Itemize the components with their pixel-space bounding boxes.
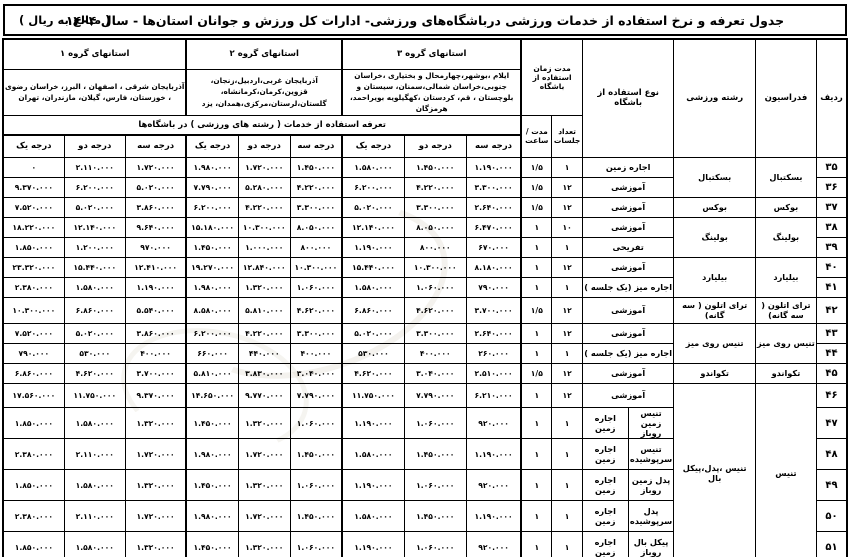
cell-sport: بوکس — [674, 197, 755, 217]
cell-row-no: ۴۲ — [816, 297, 847, 323]
cell-price-group3-degree-3: ۲.۵۱۰.۰۰۰ — [466, 363, 521, 383]
cell-price-group3-degree-2: ۷.۷۹۰.۰۰۰ — [404, 383, 466, 407]
cell-sessions: ۱۰ — [552, 217, 583, 237]
cell-price-group3-degree-2: ۴.۶۲۰.۰۰۰ — [404, 297, 466, 323]
cell-price-group3-degree-1: ۶.۲۰۰.۰۰۰ — [342, 177, 404, 197]
cell-price-group3-degree-2: ۱.۴۵۰.۰۰۰ — [404, 439, 466, 470]
cell-price-group1-degree-1: ۱۸.۲۲۰.۰۰۰ — [3, 217, 64, 237]
group1-degree-1: درجه یک — [3, 135, 64, 157]
cell-sport: بولینگ — [674, 217, 755, 257]
cell-hours: ۱/۵ — [521, 157, 552, 177]
cell-price-group1-degree-2: ۱۱.۷۵۰.۰۰۰ — [64, 383, 125, 407]
cell-price-group1-degree-1: ۱.۸۵۰.۰۰۰ — [3, 407, 64, 439]
cell-price-group1-degree-3: ۱.۷۲۰.۰۰۰ — [125, 157, 186, 177]
col-header-use-type: نوع استفاده از باشگاه — [582, 39, 674, 157]
cell-use-type: آموزشی — [582, 363, 674, 383]
cell-facility: پیکل بال روباز — [628, 532, 674, 557]
cell-sessions: ۱۲ — [552, 177, 583, 197]
group2-degree-3: درجه سه — [290, 135, 342, 157]
cell-price-group1-degree-1: ۱.۸۵۰.۰۰۰ — [3, 470, 64, 501]
cell-price-group2-degree-1: ۱.۴۵۰.۰۰۰ — [186, 407, 238, 439]
cell-hours: ۱/۵ — [521, 177, 552, 197]
cell-price-group3-degree-3: ۳.۷۰۰.۰۰۰ — [466, 297, 521, 323]
cell-federation: ترای اتلون ( سه گانه) — [755, 297, 816, 323]
cell-row-no: ۴۶ — [816, 383, 847, 407]
cell-price-group3-degree-1: ۱.۱۹۰.۰۰۰ — [342, 470, 404, 501]
cell-row-no: ۳۷ — [816, 197, 847, 217]
cell-use-type: اجاره زمین — [582, 470, 628, 501]
cell-price-group3-degree-2: ۴.۲۲۰.۰۰۰ — [404, 177, 466, 197]
cell-price-group1-degree-2: ۵۳۰.۰۰۰ — [64, 343, 125, 363]
cell-price-group3-degree-3: ۷۹۰.۰۰۰ — [466, 277, 521, 297]
cell-row-no: ۴۷ — [816, 407, 847, 439]
cell-price-group2-degree-1: ۱.۹۸۰.۰۰۰ — [186, 277, 238, 297]
col-header-duration: مدت زمان استفاده از باشگاه — [521, 39, 582, 115]
cell-row-no: ۳۵ — [816, 157, 847, 177]
group3-degree-3: درجه سه — [466, 135, 521, 157]
cell-row-no: ۳۶ — [816, 177, 847, 197]
cell-row-no: ۳۹ — [816, 237, 847, 257]
cell-price-group1-degree-2: ۲.۱۱۰.۰۰۰ — [64, 439, 125, 470]
cell-federation: بوکس — [755, 197, 816, 217]
document-title: جدول تعرفه و نرخ استفاده از خدمات ورزشی … — [66, 13, 784, 28]
cell-hours: ۱ — [521, 237, 552, 257]
cell-hours: ۱ — [521, 407, 552, 439]
cell-hours: ۱ — [521, 383, 552, 407]
cell-price-group1-degree-2: ۱.۵۸۰.۰۰۰ — [64, 407, 125, 439]
cell-price-group1-degree-1: ۱۷.۵۶۰.۰۰۰ — [3, 383, 64, 407]
cell-price-group3-degree-1: ۵۳۰.۰۰۰ — [342, 343, 404, 363]
cell-price-group1-degree-3: ۳.۸۶۰.۰۰۰ — [125, 323, 186, 343]
cell-price-group2-degree-2: ۱.۳۲۰.۰۰۰ — [238, 470, 290, 501]
cell-sessions: ۱۲ — [552, 383, 583, 407]
cell-price-group2-degree-2: ۱.۳۲۰.۰۰۰ — [238, 407, 290, 439]
cell-facility: پدل سرپوشیده — [628, 501, 674, 532]
table-row: ۴۲ترای اتلون ( سه گانه)ترای اتلون ( سه گ… — [3, 297, 847, 323]
table-row: ۴۵تکواندوتکواندوآموزشی۱۲۱/۵۲.۵۱۰.۰۰۰۳.۰۴… — [3, 363, 847, 383]
cell-price-group3-degree-3: ۲۶۰.۰۰۰ — [466, 343, 521, 363]
document-page: جدول تعرفه و نرخ استفاده از خدمات ورزشی … — [0, 0, 850, 557]
cell-price-group3-degree-3: ۶۷۰.۰۰۰ — [466, 237, 521, 257]
cell-price-group2-degree-2: ۵.۸۱۰.۰۰۰ — [238, 297, 290, 323]
cell-price-group1-degree-1: ۲.۳۸۰.۰۰۰ — [3, 501, 64, 532]
cell-price-group3-degree-3: ۶.۲۱۰.۰۰۰ — [466, 383, 521, 407]
cell-price-group1-degree-1: ۰ — [3, 157, 64, 177]
cell-price-group3-degree-3: ۳.۳۰۰.۰۰۰ — [466, 177, 521, 197]
tariff-banner: تعرفه استفاده از خدمات ( رشته های ورزشی … — [3, 115, 521, 135]
cell-row-no: ۴۵ — [816, 363, 847, 383]
cell-row-no: ۴۴ — [816, 343, 847, 363]
cell-price-group1-degree-2: ۱.۲۰۰.۰۰۰ — [64, 237, 125, 257]
cell-sessions: ۱ — [552, 237, 583, 257]
cell-price-group1-degree-2: ۵.۰۲۰.۰۰۰ — [64, 197, 125, 217]
cell-price-group3-degree-1: ۱.۱۹۰.۰۰۰ — [342, 407, 404, 439]
cell-price-group1-degree-3: ۵.۰۲۰.۰۰۰ — [125, 177, 186, 197]
cell-row-no: ۵۰ — [816, 501, 847, 532]
cell-price-group1-degree-2: ۱.۵۸۰.۰۰۰ — [64, 532, 125, 557]
cell-price-group2-degree-2: ۱.۳۲۰.۰۰۰ — [238, 277, 290, 297]
cell-price-group2-degree-3: ۴.۶۲۰.۰۰۰ — [290, 297, 342, 323]
cell-price-group1-degree-3: ۱.۱۹۰.۰۰۰ — [125, 277, 186, 297]
cell-price-group2-degree-3: ۱.۴۵۰.۰۰۰ — [290, 439, 342, 470]
group3-degree-1: درجه یک — [342, 135, 404, 157]
cell-price-group2-degree-1: ۱.۹۸۰.۰۰۰ — [186, 439, 238, 470]
group2-title: استانهای گروه ۲ — [186, 39, 342, 69]
cell-use-type: اجاره زمین — [582, 157, 674, 177]
cell-price-group2-degree-2: ۱۰.۳۰۰.۰۰۰ — [238, 217, 290, 237]
cell-price-group3-degree-1: ۱.۱۹۰.۰۰۰ — [342, 237, 404, 257]
cell-price-group1-degree-1: ۲۳.۳۲۰.۰۰۰ — [3, 257, 64, 277]
cell-price-group1-degree-3: ۱.۷۲۰.۰۰۰ — [125, 501, 186, 532]
cell-price-group2-degree-3: ۱.۰۶۰.۰۰۰ — [290, 407, 342, 439]
cell-price-group2-degree-1: ۱۹.۲۷۰.۰۰۰ — [186, 257, 238, 277]
cell-hours: ۱/۵ — [521, 297, 552, 323]
cell-price-group2-degree-3: ۸۰۰.۰۰۰ — [290, 237, 342, 257]
cell-price-group2-degree-3: ۷.۷۹۰.۰۰۰ — [290, 383, 342, 407]
cell-price-group2-degree-3: ۳.۳۰۰.۰۰۰ — [290, 197, 342, 217]
cell-federation: بولینگ — [755, 217, 816, 257]
group2-provinces: آذربایجان غربی،اردبیل،زنجان، قزوین،کرمان… — [186, 69, 342, 115]
cell-sport: تکواندو — [674, 363, 755, 383]
cell-sessions: ۱ — [552, 407, 583, 439]
cell-price-group1-degree-2: ۱۲.۱۴۰.۰۰۰ — [64, 217, 125, 237]
cell-price-group3-degree-2: ۱.۰۶۰.۰۰۰ — [404, 407, 466, 439]
cell-price-group1-degree-1: ۷.۵۲۰.۰۰۰ — [3, 323, 64, 343]
cell-sessions: ۱ — [552, 157, 583, 177]
cell-price-group2-degree-2: ۹.۷۷۰.۰۰۰ — [238, 383, 290, 407]
cell-hours: ۱ — [521, 470, 552, 501]
cell-use-type: اجاره زمین — [582, 501, 628, 532]
cell-price-group1-degree-2: ۶.۲۰۰.۰۰۰ — [64, 177, 125, 197]
cell-price-group2-degree-1: ۱.۴۵۰.۰۰۰ — [186, 532, 238, 557]
cell-price-group2-degree-3: ۱.۰۶۰.۰۰۰ — [290, 277, 342, 297]
cell-price-group3-degree-3: ۱.۱۹۰.۰۰۰ — [466, 439, 521, 470]
table-row: ۳۵بسکتبالبسکتبالاجاره زمین۱۱/۵۱.۱۹۰.۰۰۰۱… — [3, 157, 847, 177]
cell-price-group2-degree-3: ۱.۴۵۰.۰۰۰ — [290, 157, 342, 177]
cell-price-group1-degree-1: ۹.۳۷۰.۰۰۰ — [3, 177, 64, 197]
table-row: ۳۷بوکسبوکسآموزشی۱۲۱/۵۲.۶۴۰.۰۰۰۳.۳۰۰.۰۰۰۵… — [3, 197, 847, 217]
group2-degree-2: درجه دو — [238, 135, 290, 157]
cell-federation: بسکتبال — [755, 157, 816, 197]
group1-title: استانهای گروه ۱ — [3, 39, 186, 69]
cell-price-group3-degree-3: ۲.۶۴۰.۰۰۰ — [466, 197, 521, 217]
cell-price-group1-degree-2: ۱۵.۴۴۰.۰۰۰ — [64, 257, 125, 277]
cell-price-group1-degree-3: ۵.۵۴۰.۰۰۰ — [125, 297, 186, 323]
cell-use-type: آموزشی — [582, 257, 674, 277]
cell-price-group2-degree-3: ۳.۰۴۰.۰۰۰ — [290, 363, 342, 383]
currency-note: ( مبالغ به ریال ) — [19, 13, 110, 27]
col-header-sport: رشته ورزشی — [674, 39, 755, 157]
cell-price-group2-degree-3: ۱.۴۵۰.۰۰۰ — [290, 501, 342, 532]
cell-price-group2-degree-2: ۱.۷۲۰.۰۰۰ — [238, 501, 290, 532]
col-header-hours: مدت /ساعت — [521, 115, 552, 157]
cell-facility: پدل زمین روباز — [628, 470, 674, 501]
group3-degree-2: درجه دو — [404, 135, 466, 157]
cell-use-type: آموزشی — [582, 297, 674, 323]
cell-price-group1-degree-3: ۱۲.۴۱۰.۰۰۰ — [125, 257, 186, 277]
cell-sessions: ۱۲ — [552, 197, 583, 217]
cell-sessions: ۱ — [552, 470, 583, 501]
cell-sessions: ۱۲ — [552, 257, 583, 277]
cell-price-group2-degree-2: ۱.۰۰۰.۰۰۰ — [238, 237, 290, 257]
cell-price-group2-degree-1: ۱.۴۵۰.۰۰۰ — [186, 470, 238, 501]
cell-price-group3-degree-2: ۴۰۰.۰۰۰ — [404, 343, 466, 363]
cell-price-group2-degree-1: ۸.۵۸۰.۰۰۰ — [186, 297, 238, 323]
cell-use-type: آموزشی — [582, 177, 674, 197]
cell-price-group3-degree-1: ۱.۵۸۰.۰۰۰ — [342, 501, 404, 532]
cell-price-group2-degree-1: ۱.۴۵۰.۰۰۰ — [186, 237, 238, 257]
cell-price-group3-degree-1: ۱۲.۱۴۰.۰۰۰ — [342, 217, 404, 237]
cell-price-group3-degree-1: ۵.۰۲۰.۰۰۰ — [342, 323, 404, 343]
cell-row-no: ۵۱ — [816, 532, 847, 557]
cell-row-no: ۴۸ — [816, 439, 847, 470]
cell-hours: ۱ — [521, 217, 552, 237]
cell-price-group1-degree-3: ۹.۶۴۰.۰۰۰ — [125, 217, 186, 237]
cell-row-no: ۴۹ — [816, 470, 847, 501]
cell-price-group1-degree-3: ۳.۸۶۰.۰۰۰ — [125, 197, 186, 217]
cell-price-group2-degree-3: ۴۰۰.۰۰۰ — [290, 343, 342, 363]
cell-price-group2-degree-1: ۱.۹۸۰.۰۰۰ — [186, 157, 238, 177]
cell-price-group3-degree-3: ۱.۱۹۰.۰۰۰ — [466, 157, 521, 177]
group1-provinces: آذربایجان شرقی ، اصفهان ، البرز، خراسان … — [3, 69, 186, 115]
cell-price-group3-degree-2: ۱.۴۵۰.۰۰۰ — [404, 157, 466, 177]
tariff-table: ردیف فدراسیون رشته ورزشی نوع استفاده از … — [2, 38, 848, 557]
cell-sessions: ۱ — [552, 277, 583, 297]
cell-use-type: اجاره میز (یک جلسه ) — [582, 277, 674, 297]
cell-facility: تنیس سرپوشیده — [628, 439, 674, 470]
cell-hours: ۱/۵ — [521, 197, 552, 217]
group1-degree-3: درجه سه — [125, 135, 186, 157]
cell-hours: ۱ — [521, 343, 552, 363]
cell-sessions: ۱ — [552, 439, 583, 470]
cell-price-group3-degree-3: ۹۲۰.۰۰۰ — [466, 532, 521, 557]
cell-price-group3-degree-1: ۱.۵۸۰.۰۰۰ — [342, 439, 404, 470]
cell-price-group3-degree-2: ۳.۰۴۰.۰۰۰ — [404, 363, 466, 383]
cell-sessions: ۱۲ — [552, 363, 583, 383]
cell-price-group3-degree-3: ۱.۱۹۰.۰۰۰ — [466, 501, 521, 532]
cell-use-type: اجاره زمین — [582, 439, 628, 470]
cell-price-group2-degree-1: ۶۶۰.۰۰۰ — [186, 343, 238, 363]
cell-price-group2-degree-3: ۱.۰۶۰.۰۰۰ — [290, 532, 342, 557]
cell-price-group2-degree-1: ۶.۲۰۰.۰۰۰ — [186, 323, 238, 343]
cell-hours: ۱ — [521, 323, 552, 343]
cell-price-group1-degree-3: ۱.۳۲۰.۰۰۰ — [125, 470, 186, 501]
cell-price-group2-degree-3: ۳.۳۰۰.۰۰۰ — [290, 323, 342, 343]
cell-price-group1-degree-1: ۱.۸۵۰.۰۰۰ — [3, 532, 64, 557]
cell-price-group2-degree-3: ۱.۰۶۰.۰۰۰ — [290, 470, 342, 501]
cell-price-group1-degree-3: ۹۷۰.۰۰۰ — [125, 237, 186, 257]
cell-price-group1-degree-1: ۲.۳۸۰.۰۰۰ — [3, 439, 64, 470]
cell-price-group3-degree-2: ۳.۳۰۰.۰۰۰ — [404, 323, 466, 343]
cell-price-group3-degree-2: ۱.۰۶۰.۰۰۰ — [404, 532, 466, 557]
cell-price-group3-degree-2: ۱۰.۳۰۰.۰۰۰ — [404, 257, 466, 277]
cell-price-group2-degree-2: ۵.۲۸۰.۰۰۰ — [238, 177, 290, 197]
cell-sport: ترای اتلون ( سه گانه) — [674, 297, 755, 323]
cell-price-group3-degree-2: ۱.۰۶۰.۰۰۰ — [404, 470, 466, 501]
cell-hours: ۱ — [521, 439, 552, 470]
cell-price-group3-degree-1: ۱.۵۸۰.۰۰۰ — [342, 157, 404, 177]
cell-hours: ۱/۵ — [521, 363, 552, 383]
document-title-bar: جدول تعرفه و نرخ استفاده از خدمات ورزشی … — [3, 4, 847, 36]
cell-price-group2-degree-2: ۴.۲۲۰.۰۰۰ — [238, 323, 290, 343]
cell-price-group3-degree-1: ۵.۰۲۰.۰۰۰ — [342, 197, 404, 217]
cell-price-group2-degree-2: ۱۲.۸۴۰.۰۰۰ — [238, 257, 290, 277]
cell-price-group3-degree-3: ۸.۱۸۰.۰۰۰ — [466, 257, 521, 277]
cell-hours: ۱ — [521, 501, 552, 532]
cell-price-group2-degree-1: ۷.۷۹۰.۰۰۰ — [186, 177, 238, 197]
cell-price-group1-degree-2: ۶.۸۶۰.۰۰۰ — [64, 297, 125, 323]
cell-sessions: ۱۲ — [552, 323, 583, 343]
cell-price-group1-degree-3: ۱.۳۲۰.۰۰۰ — [125, 532, 186, 557]
cell-price-group3-degree-3: ۹۲۰.۰۰۰ — [466, 470, 521, 501]
cell-use-type: اجاره میز (یک جلسه ) — [582, 343, 674, 363]
cell-use-type: اجاره زمین — [582, 407, 628, 439]
group2-degree-1: درجه یک — [186, 135, 238, 157]
cell-use-type: آموزشی — [582, 217, 674, 237]
cell-sport: تنیس روی میز — [674, 323, 755, 363]
cell-price-group1-degree-1: ۱.۸۵۰.۰۰۰ — [3, 237, 64, 257]
cell-price-group1-degree-3: ۴۰۰.۰۰۰ — [125, 343, 186, 363]
cell-price-group2-degree-3: ۴.۲۲۰.۰۰۰ — [290, 177, 342, 197]
cell-price-group2-degree-1: ۶.۲۰۰.۰۰۰ — [186, 197, 238, 217]
cell-sessions: ۱ — [552, 343, 583, 363]
cell-price-group1-degree-3: ۱.۷۲۰.۰۰۰ — [125, 439, 186, 470]
cell-price-group3-degree-2: ۱.۰۶۰.۰۰۰ — [404, 277, 466, 297]
cell-use-type: آموزشی — [582, 197, 674, 217]
cell-row-no: ۴۳ — [816, 323, 847, 343]
table-body: ۳۵بسکتبالبسکتبالاجاره زمین۱۱/۵۱.۱۹۰.۰۰۰۱… — [3, 157, 847, 557]
cell-price-group3-degree-2: ۸۰۰.۰۰۰ — [404, 237, 466, 257]
cell-federation: تنیس — [755, 383, 816, 557]
cell-price-group1-degree-2: ۲.۱۱۰.۰۰۰ — [64, 157, 125, 177]
cell-price-group3-degree-1: ۱.۵۸۰.۰۰۰ — [342, 277, 404, 297]
cell-price-group3-degree-2: ۳.۳۰۰.۰۰۰ — [404, 197, 466, 217]
cell-price-group1-degree-2: ۴.۶۲۰.۰۰۰ — [64, 363, 125, 383]
cell-price-group3-degree-1: ۱۱.۷۵۰.۰۰۰ — [342, 383, 404, 407]
cell-sport: بیلیارد — [674, 257, 755, 297]
group1-degree-2: درجه دو — [64, 135, 125, 157]
cell-price-group3-degree-2: ۸.۰۵۰.۰۰۰ — [404, 217, 466, 237]
col-header-federation: فدراسیون — [755, 39, 816, 157]
cell-hours: ۱ — [521, 532, 552, 557]
cell-use-type: آموزشی — [582, 383, 674, 407]
cell-price-group1-degree-3: ۳.۷۰۰.۰۰۰ — [125, 363, 186, 383]
cell-price-group2-degree-1: ۵.۸۱۰.۰۰۰ — [186, 363, 238, 383]
cell-hours: ۱ — [521, 277, 552, 297]
cell-price-group3-degree-3: ۲.۶۴۰.۰۰۰ — [466, 323, 521, 343]
cell-price-group3-degree-1: ۱.۱۹۰.۰۰۰ — [342, 532, 404, 557]
cell-use-type: اجاره زمین — [582, 532, 628, 557]
cell-price-group1-degree-1: ۷.۵۲۰.۰۰۰ — [3, 197, 64, 217]
cell-sport: تنیس ،پدل،پیکل بال — [674, 383, 755, 557]
cell-hours: ۱ — [521, 257, 552, 277]
cell-federation: تکواندو — [755, 363, 816, 383]
cell-price-group3-degree-1: ۴.۶۲۰.۰۰۰ — [342, 363, 404, 383]
cell-price-group2-degree-3: ۸.۰۵۰.۰۰۰ — [290, 217, 342, 237]
cell-sessions: ۱ — [552, 532, 583, 557]
cell-price-group2-degree-2: ۴۴۰.۰۰۰ — [238, 343, 290, 363]
table-header: ردیف فدراسیون رشته ورزشی نوع استفاده از … — [3, 39, 847, 157]
cell-price-group1-degree-2: ۱.۵۸۰.۰۰۰ — [64, 277, 125, 297]
cell-price-group2-degree-3: ۱۰.۳۰۰.۰۰۰ — [290, 257, 342, 277]
cell-price-group2-degree-2: ۴.۲۲۰.۰۰۰ — [238, 197, 290, 217]
cell-price-group1-degree-1: ۶.۸۶۰.۰۰۰ — [3, 363, 64, 383]
cell-row-no: ۳۸ — [816, 217, 847, 237]
table-row: ۴۶تنیستنیس ،پدل،پیکل بالآموزشی۱۲۱۶.۲۱۰.۰… — [3, 383, 847, 407]
cell-sessions: ۱ — [552, 501, 583, 532]
table-row: ۴۰بیلیاردبیلیاردآموزشی۱۲۱۸.۱۸۰.۰۰۰۱۰.۳۰۰… — [3, 257, 847, 277]
cell-sport: بسکتبال — [674, 157, 755, 197]
cell-price-group3-degree-1: ۱۵.۴۴۰.۰۰۰ — [342, 257, 404, 277]
cell-price-group1-degree-3: ۱.۳۲۰.۰۰۰ — [125, 407, 186, 439]
cell-federation: بیلیارد — [755, 257, 816, 297]
cell-price-group3-degree-3: ۹۲۰.۰۰۰ — [466, 407, 521, 439]
col-header-row-no: ردیف — [816, 39, 847, 157]
col-header-sessions: تعداد جلسات — [552, 115, 583, 157]
cell-price-group2-degree-1: ۱۵.۱۸۰.۰۰۰ — [186, 217, 238, 237]
cell-price-group1-degree-2: ۲.۱۱۰.۰۰۰ — [64, 501, 125, 532]
table-row: ۴۳تنیس روی میزتنیس روی میزآموزشی۱۲۱۲.۶۴۰… — [3, 323, 847, 343]
cell-price-group1-degree-2: ۵.۰۲۰.۰۰۰ — [64, 323, 125, 343]
cell-price-group1-degree-1: ۱۰.۳۰۰.۰۰۰ — [3, 297, 64, 323]
cell-price-group2-degree-2: ۳.۸۳۰.۰۰۰ — [238, 363, 290, 383]
cell-price-group2-degree-2: ۱.۷۲۰.۰۰۰ — [238, 439, 290, 470]
cell-use-type: آموزشی — [582, 323, 674, 343]
group3-title: استانهای گروه ۳ — [342, 39, 521, 69]
cell-row-no: ۴۰ — [816, 257, 847, 277]
cell-price-group2-degree-1: ۱.۹۸۰.۰۰۰ — [186, 501, 238, 532]
cell-price-group1-degree-3: ۹.۳۷۰.۰۰۰ — [125, 383, 186, 407]
cell-price-group3-degree-2: ۱.۴۵۰.۰۰۰ — [404, 501, 466, 532]
cell-facility: تنیس زمین روباز — [628, 407, 674, 439]
cell-price-group1-degree-1: ۲.۳۸۰.۰۰۰ — [3, 277, 64, 297]
table-row: ۳۸بولینگبولینگآموزشی۱۰۱۶.۴۷۰.۰۰۰۸.۰۵۰.۰۰… — [3, 217, 847, 237]
cell-price-group2-degree-2: ۱.۷۲۰.۰۰۰ — [238, 157, 290, 177]
cell-price-group1-degree-1: ۷۹۰.۰۰۰ — [3, 343, 64, 363]
cell-price-group2-degree-1: ۱۴.۶۵۰.۰۰۰ — [186, 383, 238, 407]
cell-use-type: تفریحی — [582, 237, 674, 257]
cell-row-no: ۴۱ — [816, 277, 847, 297]
cell-price-group2-degree-2: ۱.۳۲۰.۰۰۰ — [238, 532, 290, 557]
cell-sessions: ۱۲ — [552, 297, 583, 323]
cell-price-group1-degree-2: ۱.۵۸۰.۰۰۰ — [64, 470, 125, 501]
cell-price-group3-degree-3: ۶.۴۷۰.۰۰۰ — [466, 217, 521, 237]
cell-federation: تنیس روی میز — [755, 323, 816, 363]
cell-price-group3-degree-1: ۶.۸۶۰.۰۰۰ — [342, 297, 404, 323]
group3-provinces: ایلام ،بوشهر،چهارمحال و بختیاری ،خراسان … — [342, 69, 521, 115]
